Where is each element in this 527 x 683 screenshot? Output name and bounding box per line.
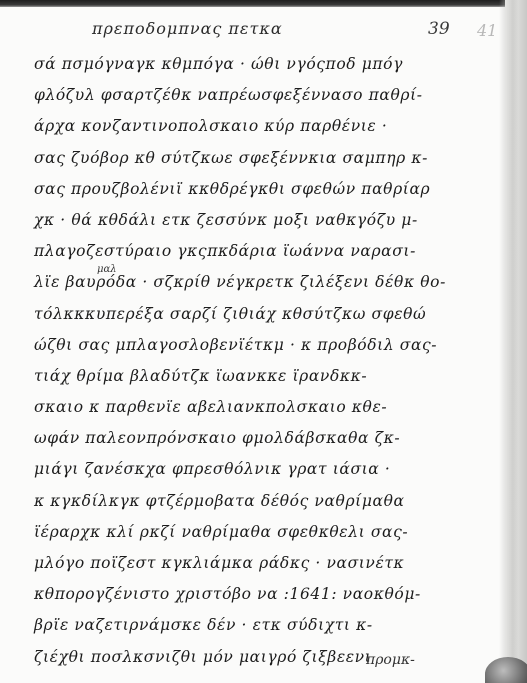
scan-top-edge <box>0 0 527 7</box>
text-line: χκ · θά κθδάλι ετκ ζεσσύνκ μοξι ναθκγόζυ… <box>34 205 484 236</box>
book-spine-gutter <box>505 0 527 683</box>
text-line: μλόγο ποϊζεστ κγκλιάμκα ράδκς · νασινέτκ <box>34 548 484 579</box>
catchword: προμκ- <box>366 652 415 668</box>
page-header: πρεποδομπνας πετκα 39 41 <box>0 19 505 43</box>
manuscript-page: πρεποδομπνας πετκα 39 41 σά πσμόγναγκ κθ… <box>0 7 505 683</box>
text-line: ωφάν παλεονπρόνσκαιο φμολδάβσκαθα ζκ- <box>34 423 484 454</box>
text-line: ζιέχθι ποσλκσνιζθι μόν μαιγρό ζιξβεενι <box>34 642 484 673</box>
text-line: φλόζυλ φσαρτζέθκ ναπρέωσφεξέννασο παθρί- <box>34 80 484 111</box>
running-title: πρεποδομπνας πετκα <box>92 19 283 38</box>
pencil-folio-number: 41 <box>477 21 497 40</box>
text-line: πλαγοζεστύραιο γκςπκδάρια ϊωάννα ναρασι- <box>34 236 484 267</box>
text-line: κ κγκδίλκγκ φτζέρμοβατα δέθός ναθρίμαθα <box>34 486 484 517</box>
text-line: κθπορογζένιστο χριστόβο να :1641: ναοκθό… <box>34 579 484 610</box>
text-line: άρχα κονζαντινοπολσκαιο κύρ παρθένιε · <box>34 111 484 142</box>
text-line: βρϊε ναζετιρνάμσκε δέν · ετκ σύδιχτι κ- <box>34 610 484 641</box>
text-line: σας προυζβολένιϊ κκθδρέγκθι σφεθών παθρί… <box>34 174 484 205</box>
interlinear-note: μαλ <box>97 264 117 275</box>
text-line: μιάγι ζανέσκχα φπρεσθόλνικ γρατ ιάσια · <box>34 454 484 485</box>
thumb-shadow <box>485 657 527 683</box>
text-line: σας ζυόβορ κθ σύτζκωε σφεξέννκια σαμπηρ … <box>34 143 484 174</box>
manuscript-text: σά πσμόγναγκ κθμπόγα · ώθι νγόςποδ μπόγ … <box>34 49 484 673</box>
text-line: τιάχ θρίμα βλαδύτζκ ϊωανκκε ϊρανδκκ- <box>34 361 484 392</box>
page-number: 39 <box>428 19 450 39</box>
text-line: σκαιο κ παρθενϊε αβελιανκπολσκαιο κθε- <box>34 392 484 423</box>
text-line: τόλκκκυπερέξα σαρζί ζιθιάχ κθσύτζκω σφεθ… <box>34 299 484 330</box>
text-line: ϊέραρχκ κλί ρκζί ναθρίμαθα σφεθκθελι σας… <box>34 517 484 548</box>
text-line: σά πσμόγναγκ κθμπόγα · ώθι νγόςποδ μπόγ <box>34 49 484 80</box>
text-line: ώζθι σας μπλαγοσλοβενϊέτκμ · κ προβόδιλ … <box>34 330 484 361</box>
